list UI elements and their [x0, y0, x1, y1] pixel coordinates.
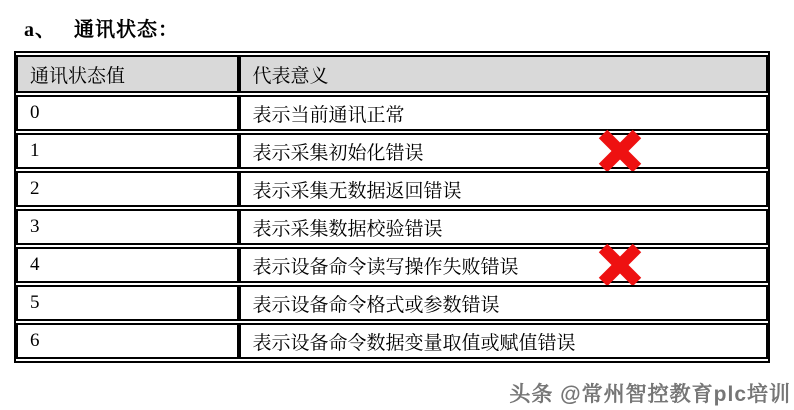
- status-value-cell: 1: [16, 133, 239, 169]
- meaning-cell: 表示设备命令读写操作失败错误: [239, 247, 768, 283]
- status-value-cell: 5: [16, 285, 239, 321]
- meaning-cell: 表示采集初始化错误: [239, 133, 768, 169]
- section-title: 通讯状态：: [74, 19, 179, 41]
- meaning-text: 表示采集无数据返回错误: [253, 181, 462, 202]
- table-header-row: 通讯状态值 代表意义: [16, 55, 768, 93]
- red-x-icon: [597, 130, 643, 172]
- section-heading: a、通讯状态：: [24, 13, 794, 42]
- meaning-cell: 表示设备命令数据变量取值或赋值错误: [239, 323, 768, 359]
- table-row: 2 表示采集无数据返回错误: [16, 171, 768, 207]
- meaning-text: 表示当前通讯正常: [253, 105, 405, 126]
- red-x-icon: [597, 244, 643, 286]
- status-value-cell: 3: [16, 209, 239, 245]
- meaning-cell: 表示当前通讯正常: [239, 95, 768, 131]
- status-value-cell: 0: [16, 95, 239, 131]
- meaning-text: 表示设备命令格式或参数错误: [253, 295, 500, 316]
- table-row: 3 表示采集数据校验错误: [16, 209, 768, 245]
- header-status-value: 通讯状态值: [16, 55, 239, 93]
- table-row: 1 表示采集初始化错误: [16, 133, 768, 169]
- meaning-text: 表示设备命令读写操作失败错误: [253, 257, 519, 278]
- meaning-text: 表示采集初始化错误: [253, 143, 424, 164]
- comm-status-table: 通讯状态值 代表意义 0 表示当前通讯正常 1 表示采集初始化错误 2 表示采集…: [14, 51, 770, 363]
- meaning-cell: 表示采集数据校验错误: [239, 209, 768, 245]
- meaning-cell: 表示采集无数据返回错误: [239, 171, 768, 207]
- watermark: 头条 @常州智控教育plc培训: [509, 378, 791, 408]
- section-marker: a、: [24, 19, 56, 41]
- meaning-text: 表示采集数据校验错误: [253, 219, 443, 240]
- table-row: 6 表示设备命令数据变量取值或赋值错误: [16, 323, 768, 359]
- table-row: 5 表示设备命令格式或参数错误: [16, 285, 768, 321]
- status-value-cell: 4: [16, 247, 239, 283]
- meaning-cell: 表示设备命令格式或参数错误: [239, 285, 768, 321]
- header-meaning: 代表意义: [239, 55, 768, 93]
- table-row: 0 表示当前通讯正常: [16, 95, 768, 131]
- meaning-text: 表示设备命令数据变量取值或赋值错误: [253, 333, 576, 354]
- status-value-cell: 2: [16, 171, 239, 207]
- status-value-cell: 6: [16, 323, 239, 359]
- table-row: 4 表示设备命令读写操作失败错误: [16, 247, 768, 283]
